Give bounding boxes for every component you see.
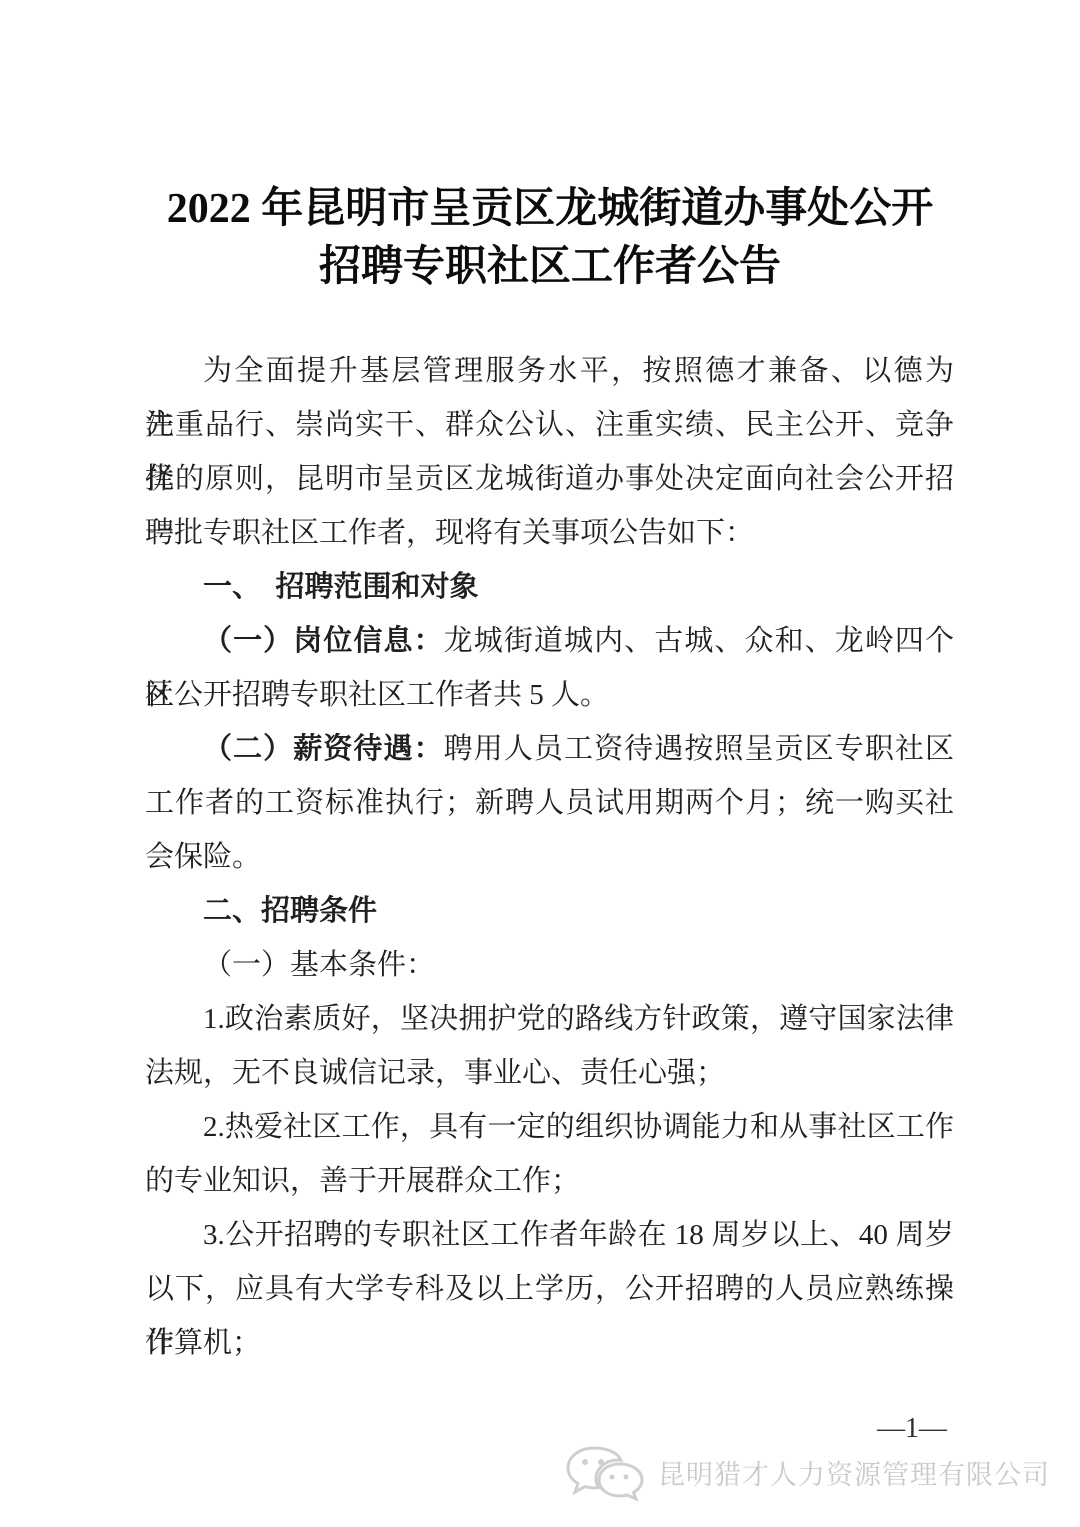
body-line: （二）薪资待遇：聘用人员工资待遇按照呈贡区专职社区 [145,722,954,776]
document-page: 2022 年昆明市呈贡区龙城街道办事处公开 招聘专职社区工作者公告 为全面提升基… [0,0,1080,1527]
body-line: 法规，无不良诚信记录，事业心、责任心强； [145,1046,954,1100]
company-name: 昆明猎才人力资源管理有限公司 [658,1445,1050,1505]
body-line: 会保险。 [145,830,954,884]
section-heading: 二、招聘条件 [145,884,954,938]
title-line-1: 2022 年昆明市呈贡区龙城街道办事处公开 [167,186,934,232]
item-text: 聘用人员工资待遇按照呈贡区专职社区 [444,733,954,765]
body-line: 3.公开招聘的专职社区工作者年龄在 18 周岁以上、40 周岁 [145,1208,954,1262]
item-label: （二）薪资待遇： [203,733,444,765]
body-line: 区公开招聘专职社区工作者共 5 人。 [145,668,954,722]
body-line: （一）岗位信息：龙城街道城内、古城、众和、龙岭四个社 [145,614,954,668]
title-line-2: 招聘专职社区工作者公告 [319,244,781,290]
company-watermark: 昆明猎才人力资源管理有限公司 [564,1444,1050,1506]
body-line: 2.热爱社区工作，具有一定的组织协调能力和从事社区工作 [145,1100,954,1154]
body-line: 以下，应具有大学专科及以上学历，公开招聘的人员应熟练操作 [145,1262,954,1316]
body-line: 工作者的工资标准执行；新聘人员试用期两个月；统一购买社 [145,776,954,830]
body-line: 1.政治素质好，坚决拥护党的路线方针政策，遵守国家法律 [145,992,954,1046]
body-line: 注重品行、崇尚实干、群众公认、注重实绩、民主公开、竞争择 [145,398,954,452]
wechat-logo-icon [564,1444,650,1506]
page-title: 2022 年昆明市呈贡区龙城街道办事处公开 招聘专职社区工作者公告 [140,180,960,296]
body-line: 计算机； [145,1316,954,1370]
item-label: （一）岗位信息： [203,625,444,657]
section-heading: 一、 招聘范围和对象 [145,560,954,614]
body-line: 为全面提升基层管理服务水平，按照德才兼备、以德为先、 [145,344,954,398]
body-line: 一批专职社区工作者，现将有关事项公告如下： [145,506,954,560]
body-line: 的专业知识，善于开展群众工作； [145,1154,954,1208]
body-line: （一）基本条件： [145,938,954,992]
document-body: 为全面提升基层管理服务水平，按照德才兼备、以德为先、 注重品行、崇尚实干、群众公… [145,344,954,1370]
body-line: 优的原则，昆明市呈贡区龙城街道办事处决定面向社会公开招聘 [145,452,954,506]
page-number: —1— [877,1414,947,1444]
